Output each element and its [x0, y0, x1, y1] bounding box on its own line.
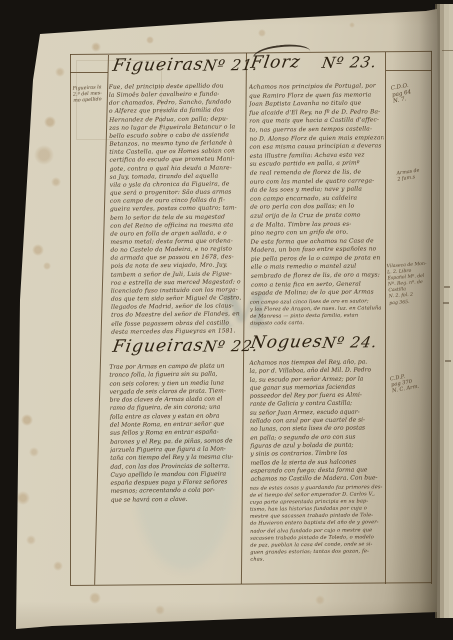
handwritten-text-line: que se havrá con a clave.	[111, 495, 247, 505]
entry-23-header: Florz Nº 23.	[249, 51, 379, 73]
adjacent-text-speck	[444, 286, 450, 288]
entry-24-header: Nogues Nº 24.	[249, 331, 379, 353]
entry-21-title: Figueiras	[111, 55, 205, 76]
entry-24-body-addendum: nas de estas cosas y guardando faz primo…	[250, 484, 387, 563]
entry-23-body: Achamos nos principios de Portugal, porq…	[249, 82, 385, 298]
entry-21-header: Figueiras Nº 21.	[111, 54, 245, 76]
handwritten-text-line: espada de Molina; de lo que por Armas	[251, 289, 385, 299]
entry-22-title: Figueiras	[111, 336, 205, 357]
entry-22-body: Trae por Armas en campo de plata untronc…	[109, 362, 246, 504]
handwritten-text-line: chas.	[250, 555, 386, 564]
entry-21-body: Fue, del principio deste apellido doula …	[109, 82, 248, 336]
entry-24-title: Nogues	[249, 332, 324, 353]
adjacent-text-speck	[443, 302, 449, 304]
handwritten-text-line: disposto cada carta.	[250, 320, 384, 328]
handwritten-text-line: achamos no Castillo de Madera. Con bue-	[251, 474, 387, 484]
photo-backdrop: M Figueiras Nº 21. Fue, del principio de…	[0, 0, 453, 640]
frame-bottom-rule	[70, 582, 432, 586]
entry-24-number: Nº 24.	[321, 333, 379, 352]
adjacent-text-speck	[445, 360, 451, 362]
adjacent-page-rule	[442, 50, 453, 51]
handwritten-text-line: gueira verdes, postas como quatro; tam-	[110, 205, 246, 215]
entry-24-body: Achamos nos tiempos del Rey, año, pa.la,…	[249, 358, 386, 484]
page-curve-shading	[392, 8, 441, 616]
manuscript-page: M Figueiras Nº 21. Fue, del principio de…	[0, 0, 453, 640]
entry-23-number: Nº 23.	[321, 53, 379, 72]
handwritten-text-line: sembrado de florez de lis, de oro a mays…	[251, 271, 385, 281]
handwritten-text-line: guen grandes estorias; tantas dos gozan,…	[250, 548, 386, 557]
entry-23-title: Florz	[249, 52, 302, 73]
margin-note-left-figueiras: Figueiras la2.ª del mes-mo apellido	[73, 85, 103, 104]
frame-left-rule	[70, 54, 71, 585]
entry-22-header: Figueiras Nº 22.	[111, 335, 245, 357]
entry-23-body-addendum: con campo azul cinco lises de oro en sau…	[250, 298, 384, 328]
handwritten-text-line: la, por d. Villaboa, año del Mil. D. Ped…	[249, 367, 385, 377]
